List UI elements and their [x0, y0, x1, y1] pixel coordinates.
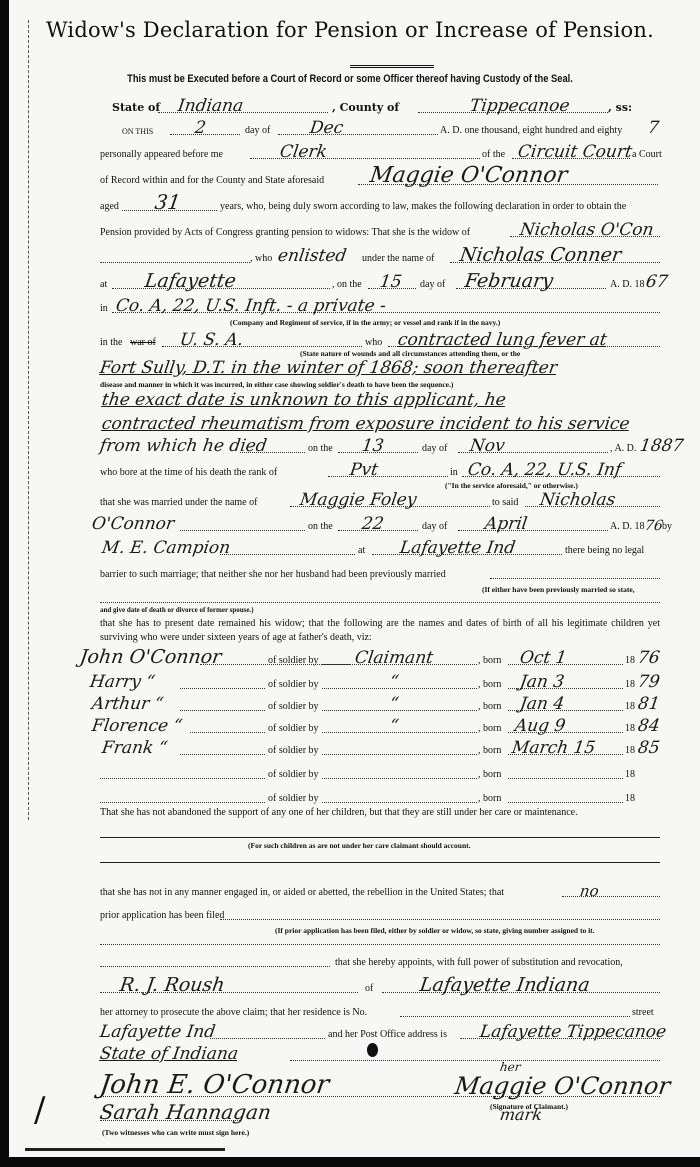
- cause-line-2-row: Fort Sully, D.T. in the winter of 1868; …: [100, 358, 660, 378]
- prev-married-line: [100, 602, 660, 603]
- rank-label: who bore at the time of his death the ra…: [100, 467, 277, 478]
- support-rule-2: [100, 862, 660, 863]
- support-rule: [100, 837, 660, 838]
- child-mother: Claimant: [354, 648, 435, 668]
- under-name-label: under the name of: [362, 253, 434, 264]
- declaration-day: 2: [194, 118, 208, 138]
- no-barrier-label: there being no legal: [565, 545, 644, 556]
- born-label: , born: [478, 701, 501, 712]
- cause-line-3-row: the exact date is unknown to this applic…: [100, 390, 660, 410]
- child-mother: “: [389, 672, 401, 692]
- po-address-2-line: State of Indiana: [100, 1044, 660, 1064]
- rebellion-text: that she has not in any manner engaged i…: [100, 887, 504, 898]
- child-born-year: 81: [637, 694, 661, 714]
- prior-app-note: (If prior application has been filed, ei…: [275, 926, 595, 935]
- century-label: 18: [625, 655, 635, 666]
- marriage-place: Lafayette Ind: [399, 538, 517, 558]
- in-label-2: in: [450, 467, 458, 478]
- enlist-day: 15: [379, 272, 403, 292]
- marriage-on-the-label: on the: [308, 521, 333, 532]
- year-label: A. D. one thousand, eight hundred and ei…: [440, 125, 622, 136]
- declaration-month: Dec: [309, 118, 345, 138]
- po-address-2: State of Indiana: [99, 1044, 240, 1064]
- officer-value: Clerk: [279, 142, 329, 162]
- child-born-year: 79: [637, 672, 661, 692]
- venue-line: State of Indiana , County of Tippecanoe …: [100, 96, 660, 116]
- attorney-of-label: of: [365, 983, 373, 994]
- husband-first: Nicholas: [539, 490, 617, 510]
- cause-line-4-row: contracted rheumatism from exposure inci…: [100, 414, 660, 434]
- death-unit: Co. A, 22, U.S. Inf: [467, 460, 623, 480]
- death-day-of-label: day of: [422, 443, 447, 454]
- widow-of-line: Pension provided by Acts of Congress gra…: [100, 220, 660, 240]
- to-said-label: to said: [492, 497, 518, 508]
- of-soldier-label: of soldier by: [268, 723, 319, 734]
- barrier-text: barrier to such marriage; that neither s…: [100, 569, 446, 580]
- day-of-label-2: day of: [420, 279, 445, 290]
- child-mother: “: [389, 716, 401, 736]
- officiant-line: M. E. Campion at Lafayette Ind there bei…: [100, 538, 660, 558]
- aged-line: aged 31 years, who, being duly sworn acc…: [100, 194, 660, 214]
- officiant: M. E. Campion: [101, 538, 232, 558]
- child-name: Arthur “: [91, 694, 165, 714]
- marriage-name-line: that she was married under the name of M…: [100, 490, 660, 510]
- cause-line-1: contracted lung fever at: [397, 330, 608, 350]
- child-row-6: of soldier by , born 18: [100, 762, 660, 782]
- born-label: , born: [478, 745, 501, 756]
- po-address: Lafayette Tippecanoe: [479, 1022, 668, 1042]
- rank-line: who bore at the time of his death the ra…: [100, 460, 660, 480]
- child-name: Florence “: [91, 716, 184, 736]
- born-label: , born: [478, 655, 501, 666]
- scan-bottom-border: [0, 1157, 700, 1167]
- residence-value: Lafayette Ind: [99, 1022, 217, 1042]
- form-subtitle: This must be Executed before a Court of …: [53, 73, 648, 85]
- struck-war-of: war of: [130, 337, 156, 348]
- death-unit-note: ("In the service aforesaid," or otherwis…: [445, 481, 578, 490]
- child-name: Harry “: [89, 672, 157, 692]
- support-line: That she has not abandoned the support o…: [100, 800, 660, 820]
- by-label: by: [662, 521, 672, 532]
- cause-note-1: (State nature of wounds and all circumst…: [300, 349, 520, 358]
- residence-line: Lafayette Ind and her Post Office addres…: [100, 1022, 660, 1042]
- century-label: 18: [625, 745, 635, 756]
- cause-line-4: contracted rheumatism from exposure inci…: [101, 414, 631, 434]
- of-soldier-label: of soldier by: [268, 679, 319, 690]
- child-born-date: Aug 9: [514, 716, 567, 736]
- cause-line-2: Fort Sully, D.T. in the winter of 1868; …: [99, 358, 559, 378]
- on-this-label: ON THIS: [122, 127, 153, 136]
- in-label: in: [100, 303, 108, 314]
- a-court-label: a Court: [632, 149, 662, 160]
- child-born-date: Jan 3: [519, 672, 566, 692]
- appeared-line: personally appeared before me Clerk of t…: [100, 142, 660, 162]
- residence-label-line: her attorney to prosecute the above clai…: [100, 1000, 660, 1020]
- husband-name: Nicholas O'Con: [519, 220, 655, 240]
- child-born-date: Jan 4: [519, 694, 566, 714]
- bottom-ink-smear: [25, 1148, 225, 1151]
- witness-note: (Two witnesses who can write must sign h…: [102, 1128, 249, 1137]
- witness-2-line: Sarah Hannagan mark: [100, 1098, 660, 1124]
- rank-value: Pvt: [349, 460, 380, 480]
- born-label: , born: [478, 769, 501, 780]
- unit-note: (Company and Regiment of service, if in …: [230, 318, 500, 327]
- child-born-date: Oct 1: [519, 648, 568, 668]
- marriage-day-of-label: day of: [422, 521, 447, 532]
- enlist-unit: Co. A, 22, U.S. Inft. - a private -: [115, 296, 388, 316]
- death-ad-label: , A. D.: [610, 443, 636, 454]
- attorney-location: Lafayette Indiana: [418, 974, 591, 996]
- child-born-year: 84: [637, 716, 661, 736]
- death-day: 13: [361, 436, 385, 456]
- appeared-label: personally appeared before me: [100, 149, 223, 160]
- witness-2-signature: Sarah Hannagan: [98, 1100, 272, 1124]
- state-value: Indiana: [177, 96, 245, 116]
- mark-label: mark: [499, 1105, 544, 1124]
- marriage-at-label: at: [358, 545, 365, 556]
- child-name: Frank “: [101, 738, 169, 758]
- on-the-label: , on the: [332, 279, 362, 290]
- children-intro: that she has to present date remained hi…: [100, 617, 660, 645]
- child-row-5: Frank “ of soldier by , born March 15 18…: [100, 738, 660, 758]
- maiden-name: Maggie Foley: [299, 490, 418, 510]
- witness-1-signature: John E. O'Connor: [98, 1070, 331, 1100]
- century-label: 18: [625, 723, 635, 734]
- of-soldier-label: of soldier by: [268, 655, 319, 666]
- ss-label: , ss:: [608, 101, 632, 114]
- enlisted-line: , who enlisted under the name of Nichola…: [100, 246, 660, 266]
- witness-1-line: John E. O'Connor Maggie O'Connor her: [100, 1070, 660, 1100]
- cause-note-2: disease and manner in which it was incur…: [100, 380, 453, 389]
- appoints-text: that she hereby appoints, with full powe…: [335, 957, 623, 968]
- born-label: , born: [478, 679, 501, 690]
- street-label: street: [632, 1007, 654, 1018]
- prior-app-label: prior application has been filed: [100, 910, 224, 921]
- service-value: U. S. A.: [179, 330, 245, 350]
- prev-married-note: (If either have been previously married …: [482, 585, 635, 594]
- enlisted-name: Nicholas Conner: [458, 244, 622, 266]
- age-value: 31: [153, 190, 182, 214]
- cause-line-3: the exact date is unknown to this applic…: [101, 390, 508, 410]
- century-label: 18: [625, 769, 635, 780]
- date-line: ON THIS 2 day of Dec A. D. one thousand,…: [100, 118, 660, 138]
- prior-app-rule: [100, 944, 660, 945]
- appoints-line: that she hereby appoints, with full powe…: [100, 950, 660, 970]
- title-double-rule: [350, 65, 434, 68]
- attorney-name: R. J. Roush: [118, 974, 226, 996]
- child-row-3: Arthur “ of soldier by “ , born Jan 4 18…: [100, 694, 660, 714]
- married-label: that she was married under the name of: [100, 497, 257, 508]
- unit-line: in Co. A, 22, U.S. Inft. - a private -: [100, 296, 660, 316]
- county-value: Tippecanoe: [469, 96, 571, 116]
- death-month: Nov: [469, 436, 507, 456]
- rebellion-line: that she has not in any manner engaged i…: [100, 880, 660, 900]
- death-line: from which he died on the 13 day of Nov …: [100, 436, 660, 456]
- margin-tick-mark: /: [34, 1090, 45, 1130]
- child-born-year: 76: [637, 648, 661, 668]
- enlist-month: February: [463, 270, 554, 292]
- record-line: of Record within and for the County and …: [100, 168, 660, 188]
- rebellion-answer: no: [579, 882, 600, 900]
- prev-married-note-2: and give date of death or divorce of for…: [100, 606, 254, 614]
- marriage-date-line: O'Connor on the 22 day of April A. D. 18…: [100, 514, 660, 534]
- day-of-label: day of: [245, 125, 270, 136]
- attorney-text: her attorney to prosecute the above clai…: [100, 1007, 367, 1018]
- marriage-month: April: [484, 514, 529, 534]
- support-text: That she has not abandoned the support o…: [100, 807, 578, 818]
- at-label: at: [100, 279, 107, 290]
- cause-line-5: from which he died: [99, 436, 268, 456]
- death-year: 1887: [639, 436, 685, 456]
- child-row-2: Harry “ of soldier by “ , born Jan 3 18 …: [100, 672, 660, 692]
- of-soldier-label: of soldier by: [268, 701, 319, 712]
- ink-blot: [367, 1043, 378, 1057]
- county-label: , County of: [332, 101, 399, 114]
- of-soldier-label: of soldier by: [268, 769, 319, 780]
- ad-label: A. D. 18: [610, 279, 644, 290]
- in-the-label: in the: [100, 337, 123, 348]
- child-born-year: 85: [637, 738, 661, 758]
- state-label: State of: [112, 101, 160, 114]
- prior-app-line: prior application has been filed: [100, 903, 660, 923]
- of-the-label: of the: [482, 149, 505, 160]
- who-label-2: who: [365, 337, 382, 348]
- claimant-name: Maggie O'Connor: [368, 163, 569, 188]
- form-title: Widow's Declaration for Pension or Incre…: [0, 18, 700, 42]
- of-soldier-label: of soldier by: [268, 745, 319, 756]
- support-note: (For such children as are not under her …: [248, 841, 471, 850]
- pension-declaration-form: Widow's Declaration for Pension or Incre…: [0, 0, 700, 1157]
- enlisted-value: enlisted: [277, 246, 348, 266]
- death-on-the-label: on the: [308, 443, 333, 454]
- husband-last: O'Connor: [91, 514, 176, 534]
- enlist-date-line: at Lafayette , on the 15 day of February…: [100, 272, 660, 292]
- aged-label: aged: [100, 201, 119, 212]
- barrier-line: barrier to such marriage; that neither s…: [100, 562, 660, 582]
- child-born-date: March 15: [511, 738, 597, 758]
- pension-label: Pension provided by Acts of Congress gra…: [100, 227, 470, 238]
- who-label: , who: [250, 253, 272, 264]
- record-label: of Record within and for the County and …: [100, 175, 324, 186]
- years-label: years, who, being duly sworn according t…: [220, 201, 626, 212]
- declaration-year-digit: 7: [647, 118, 661, 138]
- marriage-year: 76: [644, 518, 664, 534]
- enlist-year: 67: [645, 272, 669, 292]
- her-label: her: [499, 1060, 522, 1074]
- marriage-day: 22: [361, 514, 385, 534]
- century-label: 18: [625, 701, 635, 712]
- child-row-4: Florence “ of soldier by “ , born Aug 9 …: [100, 716, 660, 736]
- born-label: , born: [478, 723, 501, 734]
- enlist-place: Lafayette: [143, 270, 237, 292]
- marriage-ad-label: A. D. 18: [610, 521, 644, 532]
- century-label: 18: [625, 679, 635, 690]
- war-line: in the war of U. S. A. who contracted lu…: [100, 330, 660, 350]
- po-label: and her Post Office address is: [328, 1029, 447, 1040]
- claimant-signature: Maggie O'Connor: [453, 1072, 672, 1100]
- child-mother: “: [389, 694, 401, 714]
- court-value: Circuit Court: [517, 142, 634, 162]
- child-row-1: John O'Connor of soldier by Claimant , b…: [100, 648, 660, 668]
- attorney-line: R. J. Roush of Lafayette Indiana: [100, 976, 660, 996]
